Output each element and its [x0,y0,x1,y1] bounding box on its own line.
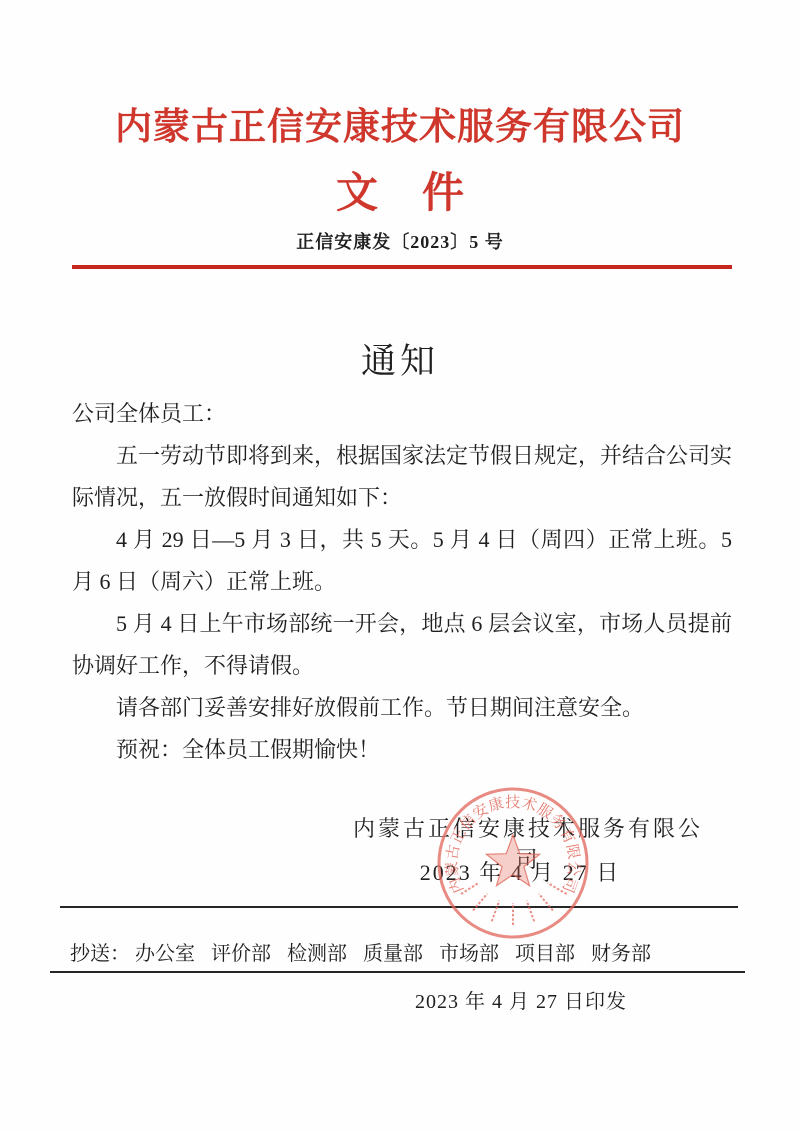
cc-department: 办公室 [135,943,195,965]
footer-divider-bottom [50,971,745,973]
notice-paragraph: 5 月 4 日上午市场部统一开会，地点 6 层会议室，市场人员提前协调好工作，不… [72,603,732,687]
header-doc-number: 正信安康发〔2023〕5 号 [0,228,800,254]
cc-department: 财务部 [591,943,651,965]
notice-paragraph: 五一劳动节即将到来，根据国家法定节假日规定，并结合公司实际情况，五一放假时间通知… [72,435,732,519]
cc-department: 检测部 [287,943,347,965]
notice-paragraph: 预祝：全体员工假期愉快！ [72,729,732,771]
cc-department: 市场部 [439,943,499,965]
notice-paragraph: 4 月 29 日—5 月 3 日，共 5 天。5 月 4 日（周四）正常上班。5… [72,519,732,603]
header-doc-type: 文件 [0,160,800,220]
notice-title: 通知 [0,334,800,384]
footer-divider-top [60,906,738,908]
print-date: 2023 年 4 月 27 日印发 [415,985,627,1014]
cc-department: 质量部 [363,943,423,965]
cc-department: 项目部 [515,943,575,965]
document-page: 内蒙古正信安康技术服务有限公司 文件 正信安康发〔2023〕5 号 通知 公司全… [0,0,800,1131]
cc-department: 评价部 [211,943,271,965]
red-divider-line [72,265,732,269]
seal-star [486,835,539,886]
cc-label: 抄送： [70,943,130,965]
seal-mongolian-script [461,883,567,925]
notice-paragraph: 请各部门妥善安排好放假前工作。节日期间注意安全。 [72,687,732,729]
company-seal-stamp: 内蒙古正信安康技术服务有限公司 [432,782,594,944]
notice-salutation: 公司全体员工： [72,393,732,435]
header-company-name: 内蒙古正信安康技术服务有限公司 [0,96,800,150]
notice-body: 公司全体员工： 五一劳动节即将到来，根据国家法定节假日规定，并结合公司实际情况，… [72,393,732,771]
